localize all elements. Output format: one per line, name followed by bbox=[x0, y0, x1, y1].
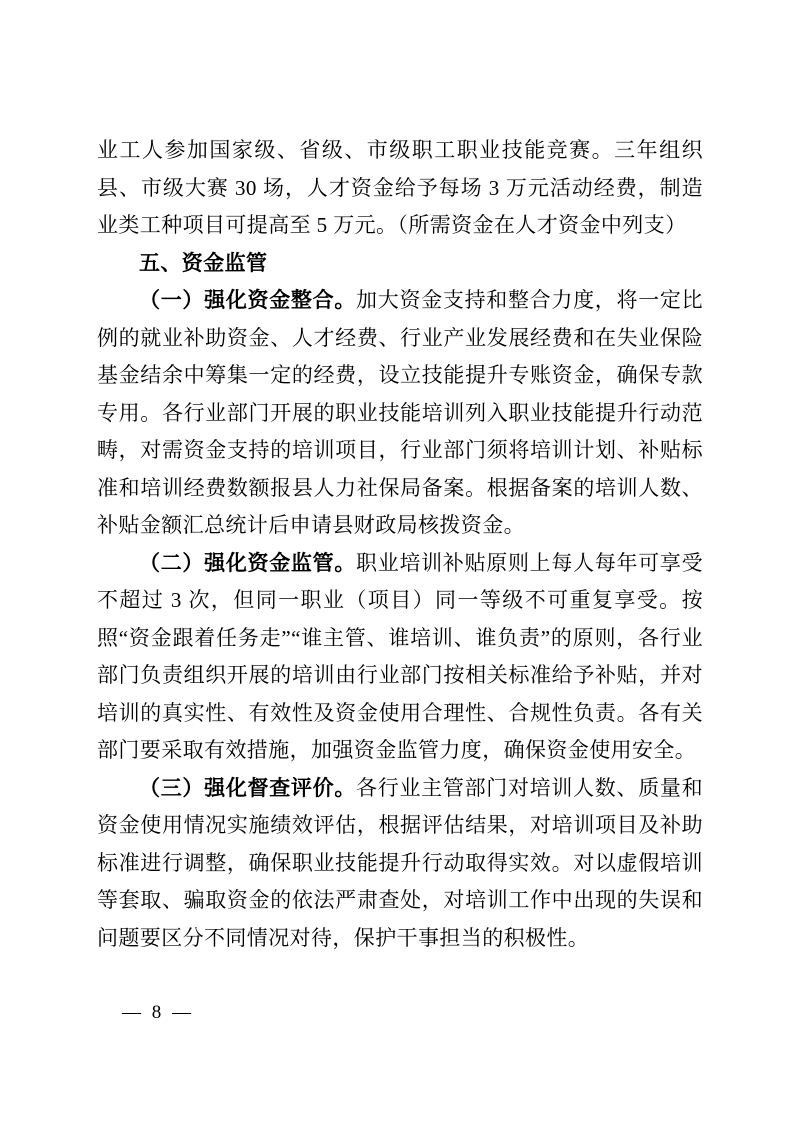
document-page: 业工人参加国家级、省级、市级职工职业技能竞赛。三年组织县、市级大赛 30 场，人… bbox=[0, 0, 794, 1123]
subsection-1-lead: （一）强化资金整合。 bbox=[139, 288, 356, 312]
section-heading: 五、资金监管 bbox=[97, 245, 703, 283]
subsection-3-lead: （三）强化督查评价。 bbox=[139, 776, 356, 800]
subsection-2-body: 职业培训补贴原则上每人每年可享受不超过 3 次，但同一职业（项目）同一等级不可重… bbox=[97, 551, 703, 763]
subsection-1-body: 加大资金支持和整合力度，将一定比例的就业补助资金、人才经费、行业产业发展经费和在… bbox=[97, 288, 703, 537]
subsection-1: （一）强化资金整合。加大资金支持和整合力度，将一定比例的就业补助资金、人才经费、… bbox=[97, 282, 703, 545]
subsection-2: （二）强化资金监管。职业培训补贴原则上每人每年可享受不超过 3 次，但同一职业（… bbox=[97, 545, 703, 770]
subsection-3-body: 各行业主管部门对培训人数、质量和资金使用情况实施绩效评估，根据评估结果，对培训项… bbox=[97, 776, 703, 950]
document-body: 业工人参加国家级、省级、市级职工职业技能竞赛。三年组织县、市级大赛 30 场，人… bbox=[97, 132, 703, 957]
continuation-paragraph: 业工人参加国家级、省级、市级职工职业技能竞赛。三年组织县、市级大赛 30 场，人… bbox=[97, 132, 703, 245]
subsection-3: （三）强化督查评价。各行业主管部门对培训人数、质量和资金使用情况实施绩效评估，根… bbox=[97, 770, 703, 958]
subsection-2-lead: （二）强化资金监管。 bbox=[139, 551, 356, 575]
page-number: — 8 — bbox=[122, 1000, 194, 1026]
